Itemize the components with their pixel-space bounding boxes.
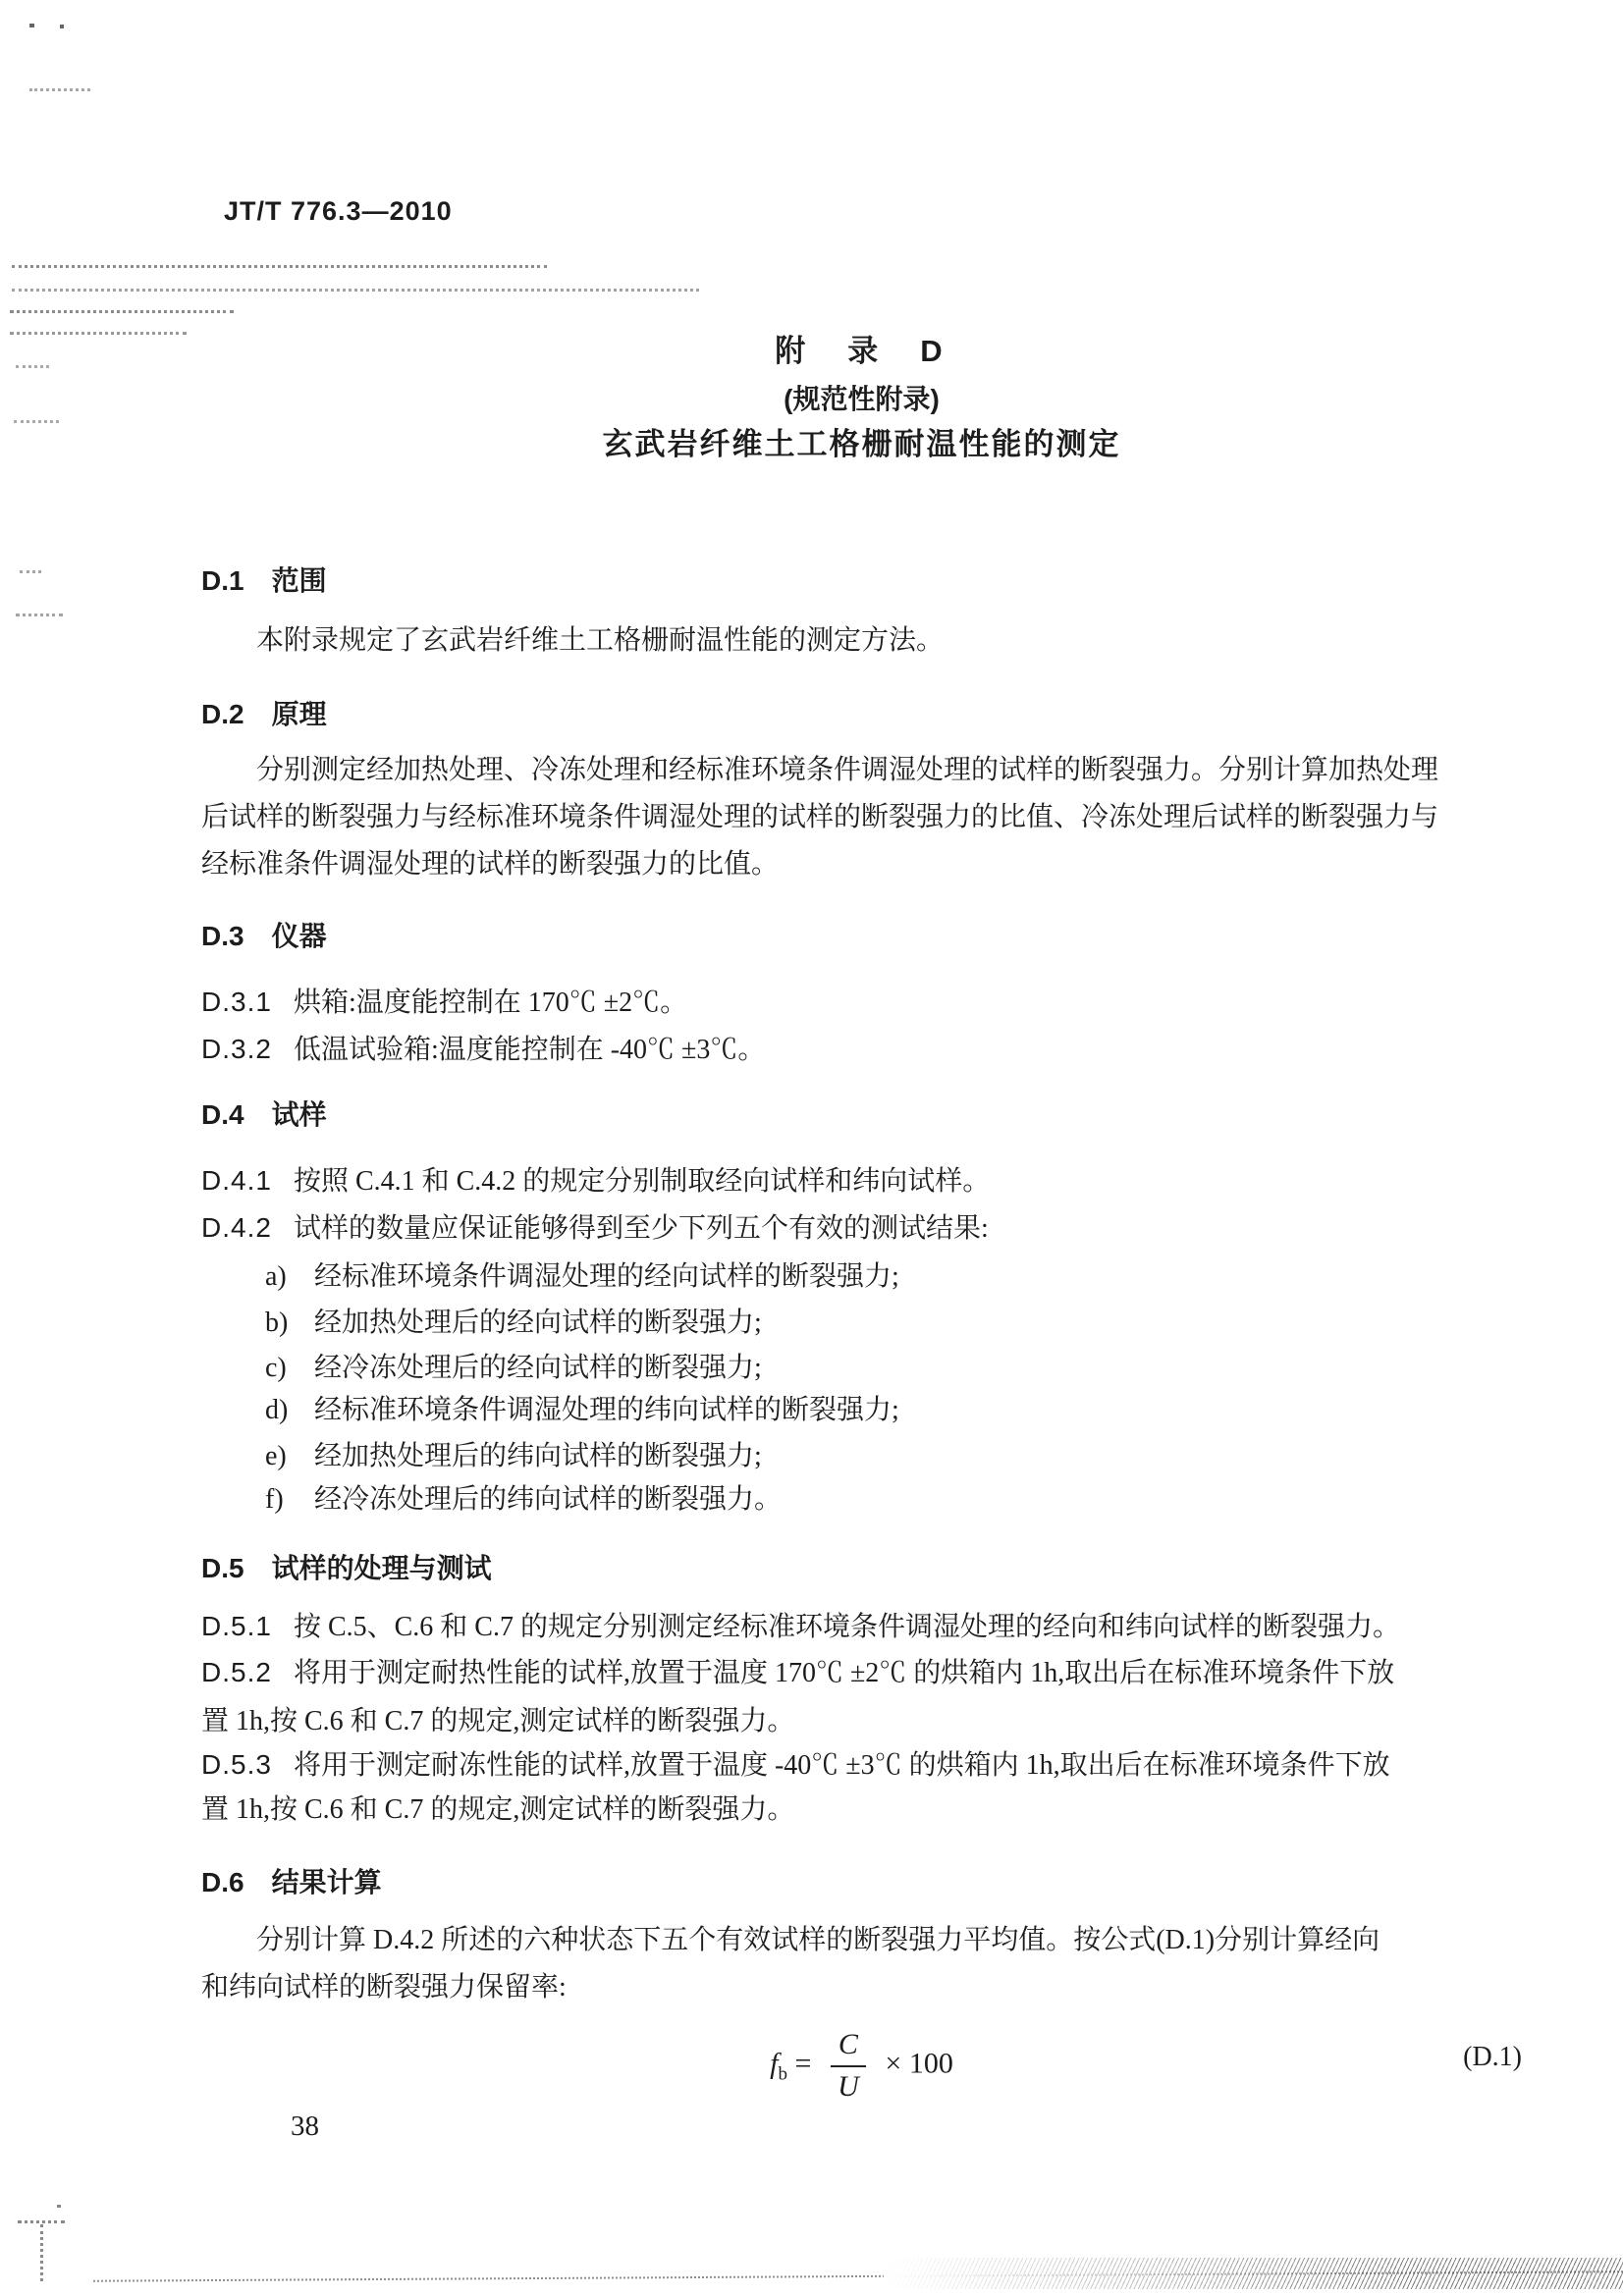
clause-d32: D.3.2低温试验箱:温度能控制在 -40℃ ±3℃。: [201, 1027, 1522, 1073]
running-header: JT/T 776.3—2010: [224, 196, 453, 227]
list-item: a)经标准环境条件调湿处理的经向试样的断裂强力;: [201, 1255, 1586, 1300]
section-heading-d2: D.2 原理: [201, 693, 1522, 732]
scan-noise: [57, 2205, 61, 2208]
list-item-text: 经冷冻处理后的经向试样的断裂强力;: [314, 1353, 762, 1383]
clause-text: 按 C.5、C.6 和 C.7 的规定分别测定经标准环境条件调湿处理的经向和纬向…: [294, 1612, 1400, 1642]
clause-label: D.4.2: [201, 1212, 272, 1243]
clause-label: D.5.3: [201, 1749, 272, 1780]
clause-text: 试样的数量应保证能够得到至少下列五个有效的测试结果:: [294, 1213, 989, 1244]
scan-noise: [10, 332, 187, 335]
scan-noise: [40, 2224, 43, 2281]
appendix-subtitle: (规范性附录): [201, 378, 1522, 417]
list-item-label: d): [265, 1388, 314, 1433]
clause-d53-line2: 置 1h,按 C.6 和 C.7 的规定,测定试样的断裂强力。: [201, 1788, 1522, 1833]
list-item-label: f): [265, 1477, 314, 1522]
list-item-text: 经标准环境条件调湿处理的经向试样的断裂强力;: [314, 1261, 899, 1292]
paragraph-d6-line: 分别计算 D.4.2 所述的六种状态下五个有效试样的断裂强力平均值。按公式(D.…: [201, 1918, 1522, 1963]
scan-noise: [93, 2270, 1623, 2282]
scan-noise: [29, 88, 90, 91]
clause-text: 按照 C.4.1 和 C.4.2 的规定分别制取经向试样和纬向试样。: [294, 1166, 990, 1197]
paragraph-d2-line: 经标准条件调湿处理的试样的断裂强力的比值。: [201, 842, 1522, 887]
list-item-label: c): [265, 1346, 314, 1391]
section-heading-d6: D.6 结果计算: [201, 1861, 1522, 1900]
scan-noise: [12, 289, 699, 292]
clause-label: D.3.2: [201, 1034, 272, 1064]
list-item: e)经加热处理后的纬向试样的断裂强力;: [201, 1434, 1586, 1479]
section-heading-d3: D.3 仪器: [201, 915, 1522, 954]
document-page: JT/T 776.3—2010 附 录 D (规范性附录) 玄武岩纤维土工格栅耐…: [0, 0, 1623, 2296]
clause-d52-line1: D.5.2将用于测定耐热性能的试样,放置于温度 170℃ ±2℃ 的烘箱内 1h…: [201, 1650, 1522, 1696]
page-number: 38: [291, 2110, 319, 2143]
section-heading-d5: D.5 试样的处理与测试: [201, 1547, 1522, 1586]
list-item: d)经标准环境条件调湿处理的纬向试样的断裂强力;: [201, 1388, 1586, 1433]
list-item-text: 经标准环境条件调湿处理的纬向试样的断裂强力;: [314, 1395, 899, 1425]
scan-noise: [29, 24, 34, 27]
scan-noise: [20, 570, 41, 573]
list-item: b)经加热处理后的经向试样的断裂强力;: [201, 1301, 1586, 1346]
list-item: f)经冷冻处理后的纬向试样的断裂强力。: [201, 1477, 1586, 1522]
list-item-text: 经加热处理后的纬向试样的断裂强力;: [314, 1441, 762, 1471]
list-item-label: e): [265, 1434, 314, 1479]
scan-noise: [18, 2220, 65, 2223]
clause-d42: D.4.2试样的数量应保证能够得到至少下列五个有效的测试结果:: [201, 1205, 1522, 1252]
clause-text: 将用于测定耐冻性能的试样,放置于温度 -40℃ ±3℃ 的烘箱内 1h,取出后在…: [294, 1750, 1390, 1781]
section-heading-d1: D.1 范围: [201, 560, 1522, 599]
scan-noise: [14, 420, 59, 423]
paragraph-d6-line: 和纬向试样的断裂强力保留率:: [201, 1965, 1522, 2010]
scan-noise: [60, 25, 64, 28]
scan-noise: [16, 614, 63, 616]
clause-label: D.4.1: [201, 1165, 272, 1196]
clause-label: D.5.2: [201, 1657, 272, 1687]
scan-noise: [12, 265, 547, 268]
clause-label: D.3.1: [201, 987, 272, 1017]
clause-d31: D.3.1烘箱:温度能控制在 170℃ ±2℃。: [201, 980, 1522, 1026]
list-item-label: b): [265, 1301, 314, 1346]
appendix-name: 玄武岩纤维土工格栅耐温性能的测定: [201, 419, 1522, 463]
clause-text: 低温试验箱:温度能控制在 -40℃ ±3℃。: [294, 1035, 765, 1065]
clause-d41: D.4.1按照 C.4.1 和 C.4.2 的规定分别制取经向试样和纬向试样。: [201, 1158, 1522, 1204]
clause-d52-line2: 置 1h,按 C.6 和 C.7 的规定,测定试样的断裂强力。: [201, 1699, 1522, 1744]
clause-text: 烘箱:温度能控制在 170℃ ±2℃。: [294, 988, 687, 1018]
scan-noise: [884, 2258, 1623, 2289]
scan-noise: [16, 365, 49, 368]
paragraph-d1: 本附录规定了玄武岩纤维土工格栅耐温性能的测定方法。: [201, 618, 1522, 664]
list-item-text: 经冷冻处理后的纬向试样的断裂强力。: [314, 1484, 782, 1515]
clause-text: 将用于测定耐热性能的试样,放置于温度 170℃ ±2℃ 的烘箱内 1h,取出后在…: [294, 1658, 1394, 1688]
paragraph-d2-line: 分别测定经加热处理、冷冻处理和经标准环境条件调湿处理的试样的断裂强力。分别计算加…: [201, 748, 1522, 793]
clause-d51: D.5.1按 C.5、C.6 和 C.7 的规定分别测定经标准环境条件调湿处理的…: [201, 1604, 1522, 1650]
clause-label: D.5.1: [201, 1611, 272, 1641]
list-item: c)经冷冻处理后的经向试样的断裂强力;: [201, 1346, 1586, 1391]
list-item-label: a): [265, 1255, 314, 1300]
section-heading-d4: D.4 试样: [201, 1094, 1522, 1133]
list-item-text: 经加热处理后的经向试样的断裂强力;: [314, 1308, 762, 1338]
paragraph-d2-line: 后试样的断裂强力与经标准环境条件调湿处理的试样的断裂强力的比值、冷冻处理后试样的…: [201, 795, 1522, 840]
scan-noise: [10, 310, 234, 313]
clause-d53-line1: D.5.3将用于测定耐冻性能的试样,放置于温度 -40℃ ±3℃ 的烘箱内 1h…: [201, 1742, 1522, 1789]
appendix-title: 附 录 D: [201, 326, 1522, 370]
formula-number: (D.1): [201, 2042, 1522, 2073]
